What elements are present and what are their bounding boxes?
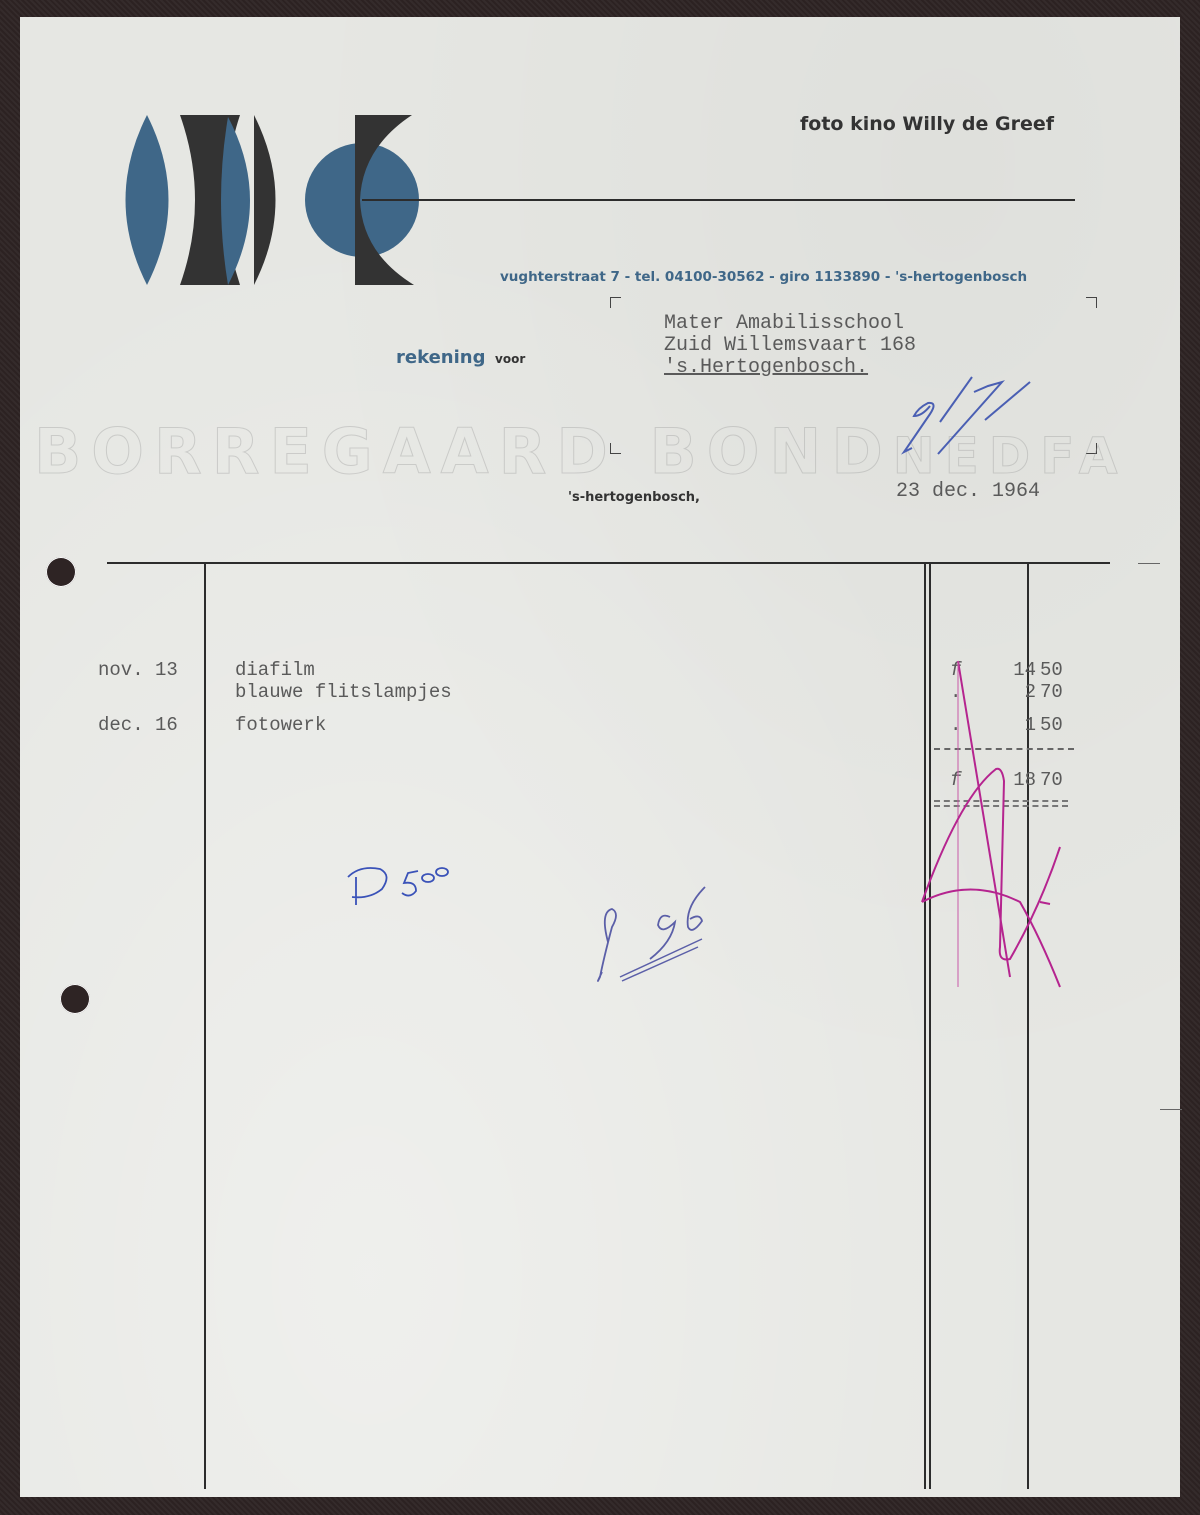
table-top-rule [107,562,1110,564]
recipient-line-2: Zuid Willemsvaart 168 [664,335,916,357]
window-corner-tl [610,297,621,308]
handwritten-reference-top [890,372,1050,462]
place-label: 's-hertogenbosch, [568,490,700,505]
punch-hole-top [46,557,76,587]
recipient-line-3: 's.Hertogenbosch. [664,357,916,379]
fold-mark-top [1138,563,1160,564]
paid-signature-icon [910,657,1080,1017]
invoice-paper: foto kino Willy de Greef vughterstraat 7… [20,17,1180,1497]
invoice-date: 23 dec. 1964 [896,480,1040,503]
punch-hole-bottom [60,984,90,1014]
lens-logo-icon [122,113,422,288]
invoice-label: rekening voor [396,347,525,368]
company-address: vughterstraat 7 - tel. 04100-30562 - gir… [500,269,1027,285]
window-corner-tr [1086,297,1097,308]
handwritten-notes [330,847,750,997]
invoice-label-main: rekening [396,347,485,368]
company-name: foto kino Willy de Greef [800,113,1054,135]
recipient-address: Mater Amabilisschool Zuid Willemsvaart 1… [664,313,916,379]
recipient-line-1: Mater Amabilisschool [664,313,916,335]
invoice-label-sub: voor [495,352,525,366]
letterhead-rule [400,199,1075,201]
fold-mark-bottom [1160,1109,1182,1110]
